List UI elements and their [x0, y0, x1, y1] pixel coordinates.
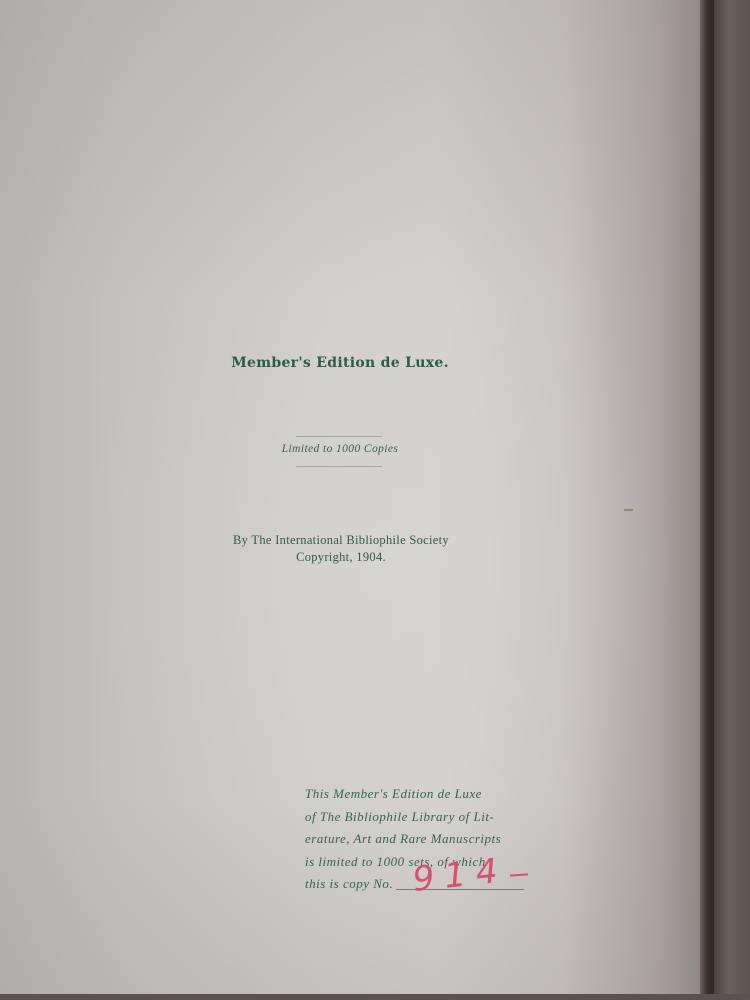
rule-above-limited — [296, 436, 382, 437]
limited-copies-note: Limited to 1000 Copies — [240, 443, 440, 455]
limitation-line-3: erature, Art and Rare Manuscripts — [305, 828, 545, 851]
publisher-block: By The International Bibliophile Society… — [196, 532, 486, 566]
photo-scene: Member's Edition de Luxe. Limited to 100… — [0, 0, 750, 1000]
adjacent-page-edge — [714, 0, 750, 1000]
copyright-line: Copyright, 1904. — [196, 549, 486, 566]
edition-title: Member's Edition de Luxe. — [200, 355, 480, 371]
limitation-line-2: of The Bibliophile Library of Lit- — [305, 806, 545, 829]
book-gutter-shadow — [700, 0, 714, 1000]
stray-ink-mark — [624, 509, 633, 511]
publisher-line: By The International Bibliophile Society — [196, 532, 486, 549]
limitation-line-1: This Member's Edition de Luxe — [305, 783, 545, 806]
bottom-edge-shadow — [0, 994, 750, 1000]
rule-below-limited — [296, 466, 382, 467]
copy-prefix: this is copy No. — [305, 876, 393, 891]
